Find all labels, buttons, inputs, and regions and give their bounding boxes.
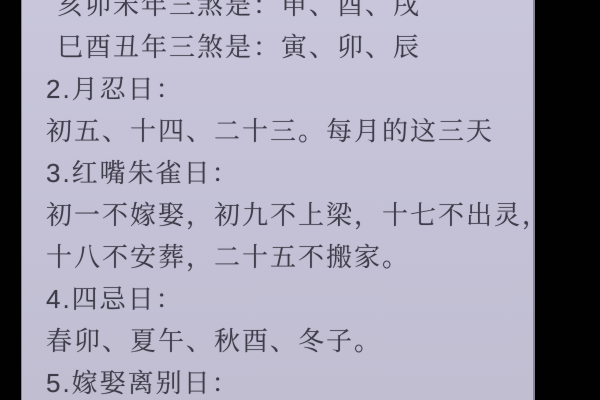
text-line: 十八不安葬，二十五不搬家。 [46,236,525,278]
text-line: 3.红嘴朱雀日： [46,152,525,194]
text-line: 春卯、夏午、秋酉、冬子。 [46,320,525,362]
right-black-bar [535,0,600,400]
text-line: 亥卯未年三煞是：申、酉、戌 [46,0,525,26]
text-line: 巳酉丑年三煞是：寅、卯、辰 [46,26,525,68]
text-block: 亥卯未年三煞是：申、酉、戌巳酉丑年三煞是：寅、卯、辰2.月忍日：初五、十四、二十… [46,0,525,400]
text-page: 亥卯未年三煞是：申、酉、戌巳酉丑年三煞是：寅、卯、辰2.月忍日：初五、十四、二十… [21,0,535,400]
text-line: 2.月忍日： [46,68,525,110]
photo-of-text-page: 亥卯未年三煞是：申、酉、戌巳酉丑年三煞是：寅、卯、辰2.月忍日：初五、十四、二十… [0,0,600,400]
text-line: 初五、十四、二十三。每月的这三天 [46,110,525,152]
text-line: 4.四忌日： [46,278,525,320]
text-line: 初一不嫁娶，初九不上梁，十七不出灵， [46,194,525,236]
left-black-bar [0,0,21,400]
text-line: 5.嫁娶离别日： [46,362,525,400]
